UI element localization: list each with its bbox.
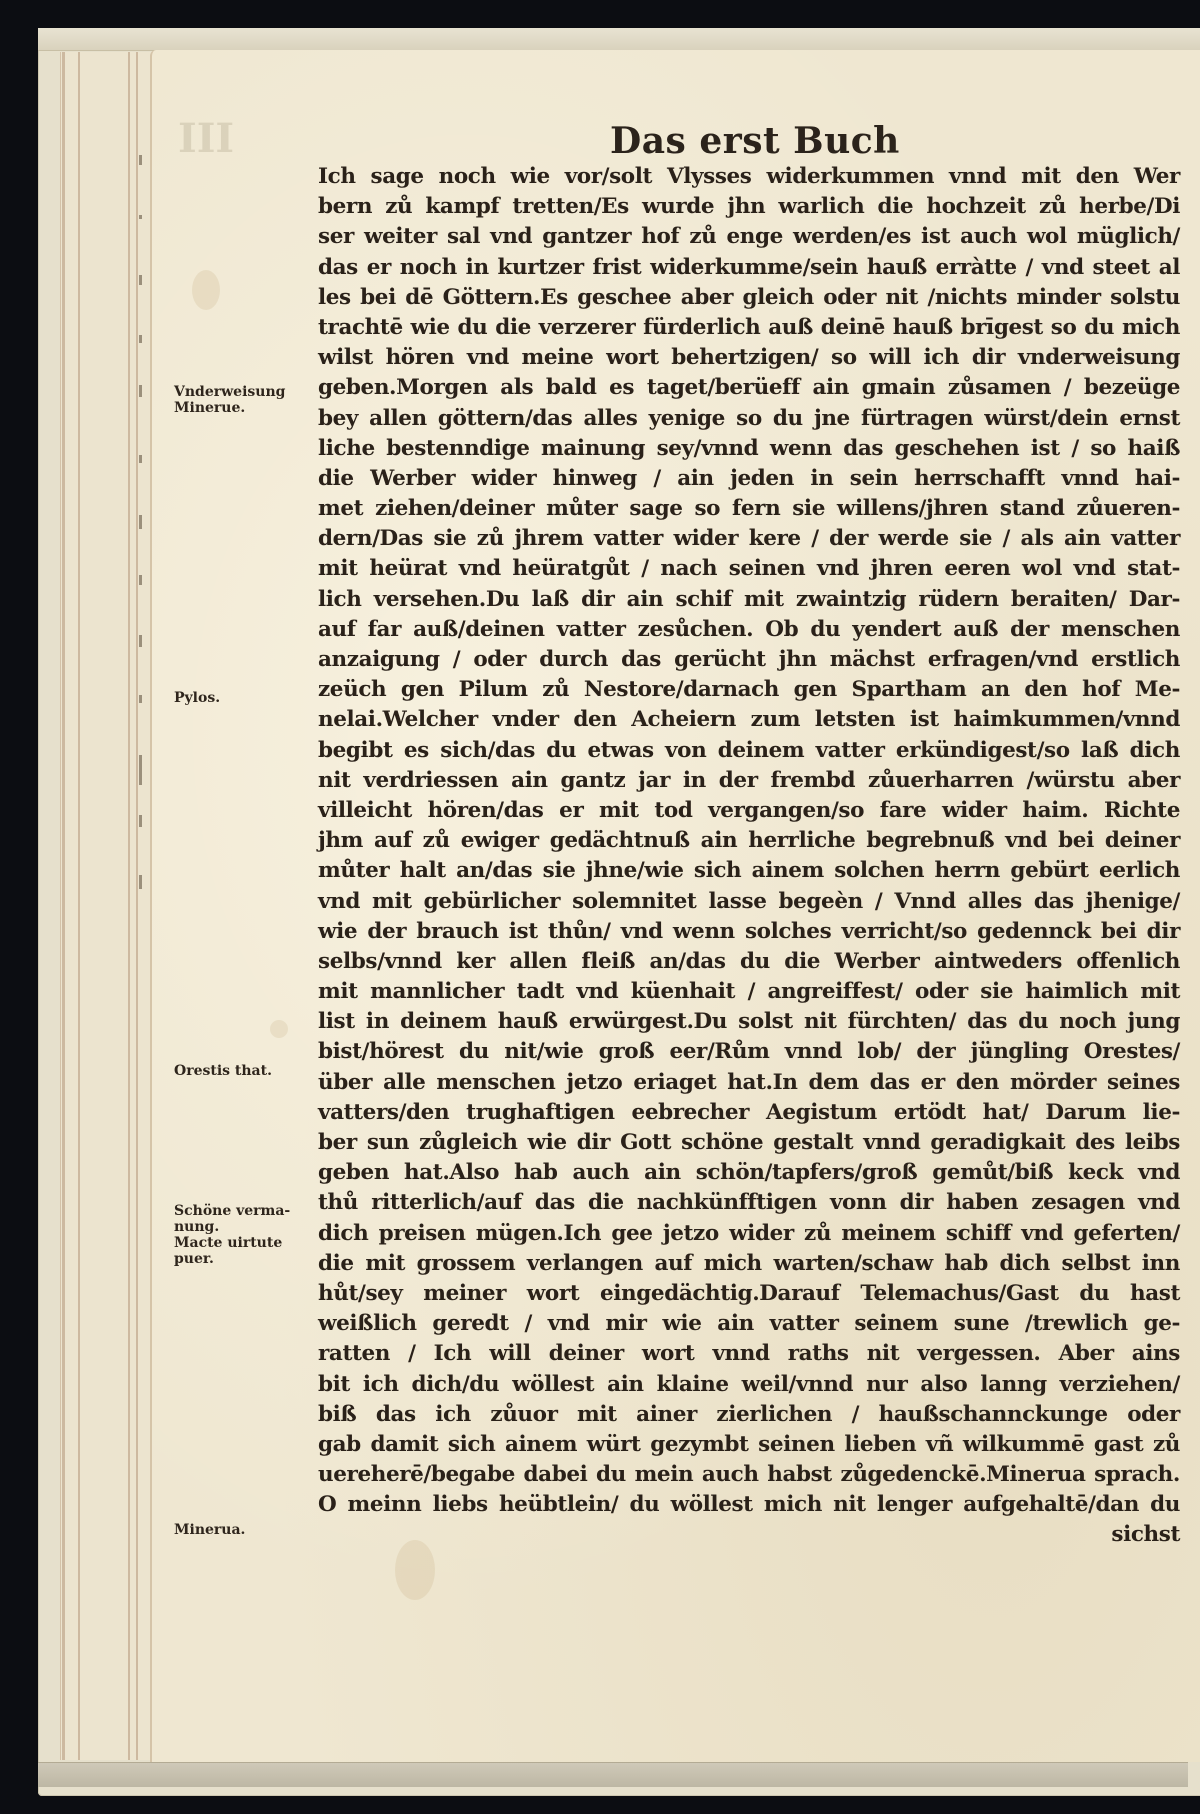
leaf-edge-line [78,52,80,1760]
text-line: vnd mit gebürlicher solemnitet lasse beg… [318,887,1180,917]
text-line: list in deinem hauß erwürgest.Du solst n… [318,1007,1180,1037]
margin-note-line: Schöne verma- [174,1203,290,1219]
text-line: bey allen göttern/das alles yenige so du… [318,404,1180,434]
text-line: nit verdriessen ain gantz jar in der fre… [318,766,1180,796]
margin-note: VnderweisungMinerue. [174,384,285,416]
margin-note-line: Vnderweisung [174,384,285,400]
text-line: selbs/vnnd ker allen fleiß an/das du die… [318,947,1180,977]
text-line: trachtē wie du die verzerer fürderlich a… [318,313,1180,343]
text-line: nelai.Welcher vnder den Acheiern zum let… [318,705,1180,735]
margin-note: Orestis that. [174,1063,272,1079]
text-line: hůt/sey meiner wort eingedächtig.Darauf … [318,1279,1180,1309]
text-line: dich preisen mügen.Ich gee jetzo wider z… [318,1219,1180,1249]
text-line: geben.Morgen als bald es taget/berüeff a… [318,373,1180,403]
text-line: bern zů kampf tretten/Es wurde jhn warli… [318,192,1180,222]
text-line: biß das ich zůuor mit ainer zierlichen /… [318,1400,1180,1430]
text-line: thů ritterlich/auf das die nachkünfftige… [318,1188,1180,1218]
binding-bottom-edge [38,1762,1188,1787]
text-line: wilst hören vnd meine wort behertzigen/ … [318,343,1180,373]
text-line: les bei dē Göttern.Es geschee aber gleic… [318,283,1180,313]
text-line: bist/hörest du nit/wie groß eer/Rům vnnd… [318,1037,1180,1067]
margin-note-line: Orestis that. [174,1063,272,1079]
text-line: das er noch in kurtzer frist widerkumme/… [318,253,1180,283]
text-line: die mit grossem verlangen auf mich warte… [318,1249,1180,1279]
margin-note-line: Minerua. [174,1522,245,1538]
text-line: geben hat.Also hab auch ain schön/tapfer… [318,1158,1180,1188]
running-head: Das erst Buch [610,120,900,162]
text-line: jhm auf zů ewiger gedächtnuß ain herrlic… [318,826,1180,856]
text-line: sichst [318,1520,1180,1550]
text-line: můter halt an/das sie jhne/wie sich aine… [318,856,1180,886]
margin-note-line: puer. [174,1251,290,1267]
body-text: Ich sage noch wie vor/solt Vlysses wider… [318,162,1180,1551]
text-line: liche bestenndige mainung sey/vnnd wenn … [318,434,1180,464]
text-line: ser weiter sal vnd gantzer hof zů enge w… [318,222,1180,252]
margin-note-line: Macte uirtute [174,1235,290,1251]
text-line: met ziehen/deiner můter sage so fern sie… [318,494,1180,524]
text-line: bit ich dich/du wöllest ain klaine weil/… [318,1370,1180,1400]
bleed-through-marks [137,155,145,915]
text-line: anzaigung / oder durch das gerücht jhn m… [318,645,1180,675]
leaf-edge-line [128,52,130,1760]
show-through-folio: III [178,115,234,162]
text-line: uereherē/begabe dabei du mein auch habst… [318,1460,1180,1490]
text-line: dern/Das sie zů jhrem vatter wider kere … [318,524,1180,554]
text-line: ratten / Ich will deiner wort vnnd raths… [318,1339,1180,1369]
margin-note: Schöne verma-nung.Macte uirtutepuer. [174,1203,290,1267]
text-line: mit mannlicher tadt vnd küenhait / angre… [318,977,1180,1007]
text-line: gab damit sich ainem würt gezymbt seinen… [318,1430,1180,1460]
text-line: lich versehen.Du laß dir ain schif mit z… [318,585,1180,615]
text-line: die Werber wider hinweg / ain jeden in s… [318,464,1180,494]
text-line: zeüch gen Pilum zů Nestore/darnach gen S… [318,675,1180,705]
margin-note-line: Minerue. [174,400,285,416]
text-line: begibt es sich/das du etwas von deinem v… [318,736,1180,766]
text-line: O meinn liebs heübtlein/ du wöllest mich… [318,1490,1180,1520]
text-line: über alle menschen jetzo eriaget hat.In … [318,1068,1180,1098]
paper-stain [192,270,220,310]
text-line: Ich sage noch wie vor/solt Vlysses wider… [318,162,1180,192]
margin-note: Pylos. [174,690,220,706]
text-line: ber sun zůgleich wie dir Gott schöne ges… [318,1128,1180,1158]
paper-stain [270,1020,288,1038]
leaf-edge-line [62,52,65,1760]
text-line: auf far auß/deinen vatter zesůchen. Ob d… [318,615,1180,645]
text-line: weißlich geredt / vnd mir wie ain vatter… [318,1309,1180,1339]
text-line: wie der brauch ist thůn/ vnd wenn solche… [318,917,1180,947]
text-line: villeicht hören/das er mit tod vergangen… [318,796,1180,826]
text-line: vatters/den trughaftigen eebrecher Aegis… [318,1098,1180,1128]
margin-note-line: Pylos. [174,690,220,706]
margin-note-line: nung. [174,1219,290,1235]
binding-top-edge [38,28,1200,51]
margin-note: Minerua. [174,1522,245,1538]
text-line: mit heürat vnd heüratgůt / nach seinen v… [318,554,1180,584]
